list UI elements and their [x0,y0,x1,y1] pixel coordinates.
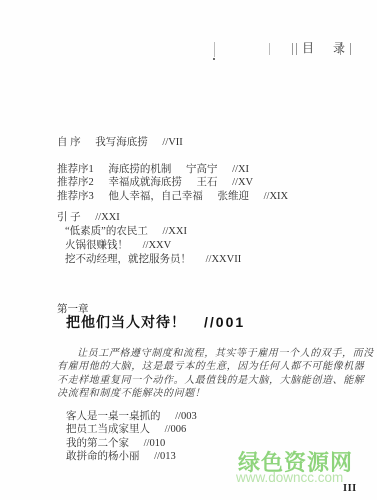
entry-page: //XI [232,163,249,176]
header-rule-mark [340,43,341,55]
page-number: III [343,483,357,494]
chapter-title-text: 把他们当人对待！ [66,314,186,330]
entry-title: 海底捞的机制 [108,163,171,176]
entry-title: 火锅很赚钱！ [65,239,128,252]
entry-page: //XXVII [206,253,242,266]
entry-title: 我写海底捞 [95,136,148,149]
entry-title: 把员工当成家里人 [66,423,150,436]
entry-page: //003 [175,410,197,423]
header-rule-mark [269,43,270,55]
toc-entry-prologue-item: 火锅很赚钱！ //XXV [65,239,171,252]
toc-entry-prologue-item: “低素质”的农民工 //XXI [65,225,187,238]
header-rule-mark [292,43,293,55]
entry-page: //006 [165,423,187,436]
entry-page: //XXI [162,225,187,238]
watermark-site-url: www.downcc.com [236,470,343,485]
entry-label: 推荐序3 [57,190,94,203]
page-header-title: 目 录 [302,39,353,56]
toc-page: 目 录 自 序 我写海底捞 //VII 推荐序1 海底捞的机制 宁高宁 //XI… [0,0,377,500]
toc-entry-prologue-item: 挖不动经理，就挖服务员！ //XXVII [65,253,241,266]
entry-page: //XV [232,176,253,189]
entry-title: 敢拼命的杨小丽 [66,450,140,463]
entry-page: //VII [162,136,182,149]
toc-entry-prologue: 引 子 //XXI [57,211,120,224]
header-rule-mark [214,42,215,57]
entry-author: 宁高宁 [186,163,218,176]
header-dot-mark [213,58,215,60]
entry-page: //010 [144,437,166,450]
entry-label: 推荐序1 [57,163,94,176]
entry-title: 我的第二个家 [66,437,129,450]
header-rule-mark [350,43,351,55]
toc-entry-recommendation-2: 推荐序2 幸福成就海底捞 王石 //XV [57,176,253,189]
entry-page: //013 [154,450,176,463]
chapter-title: 把他们当人对待！//001 [66,312,245,332]
entry-title: 客人是一桌一桌抓的 [66,410,161,423]
entry-author: 张维迎 [218,190,250,203]
entry-title: 挖不动经理，就挖服务员！ [65,253,191,266]
entry-page: //XIX [264,190,289,203]
toc-entry-section: 敢拼命的杨小丽 //013 [66,450,176,463]
header-rule-mark [296,43,297,55]
chapter-excerpt-line: 有雇用他的大脑，这是最亏本的生意，因为任何人都不可能像机器 [57,357,364,372]
entry-label: 自 序 [57,136,81,149]
entry-page: //XXV [143,239,172,252]
entry-label: 引 子 [57,211,81,224]
toc-entry-preface: 自 序 我写海底捞 //VII [57,136,183,149]
toc-entry-section: 客人是一桌一桌抓的 //003 [66,410,197,423]
toc-entry-section: 把员工当成家里人 //006 [66,423,186,436]
chapter-page: //001 [204,314,245,330]
entry-title: “低素质”的农民工 [65,225,148,238]
entry-page: //XXI [95,211,120,224]
entry-title: 幸福成就海底捞 [108,176,182,189]
toc-entry-recommendation-1: 推荐序1 海底捞的机制 宁高宁 //XI [57,163,249,176]
entry-author: 王石 [197,176,218,189]
chapter-excerpt-line: 决流程和制度不能解决的问题！ [57,384,205,399]
entry-title: 他人幸福，自己幸福 [108,190,203,203]
entry-label: 推荐序2 [57,176,94,189]
toc-entry-section: 我的第二个家 //010 [66,437,165,450]
toc-entry-recommendation-3: 推荐序3 他人幸福，自己幸福 张维迎 //XIX [57,190,288,203]
